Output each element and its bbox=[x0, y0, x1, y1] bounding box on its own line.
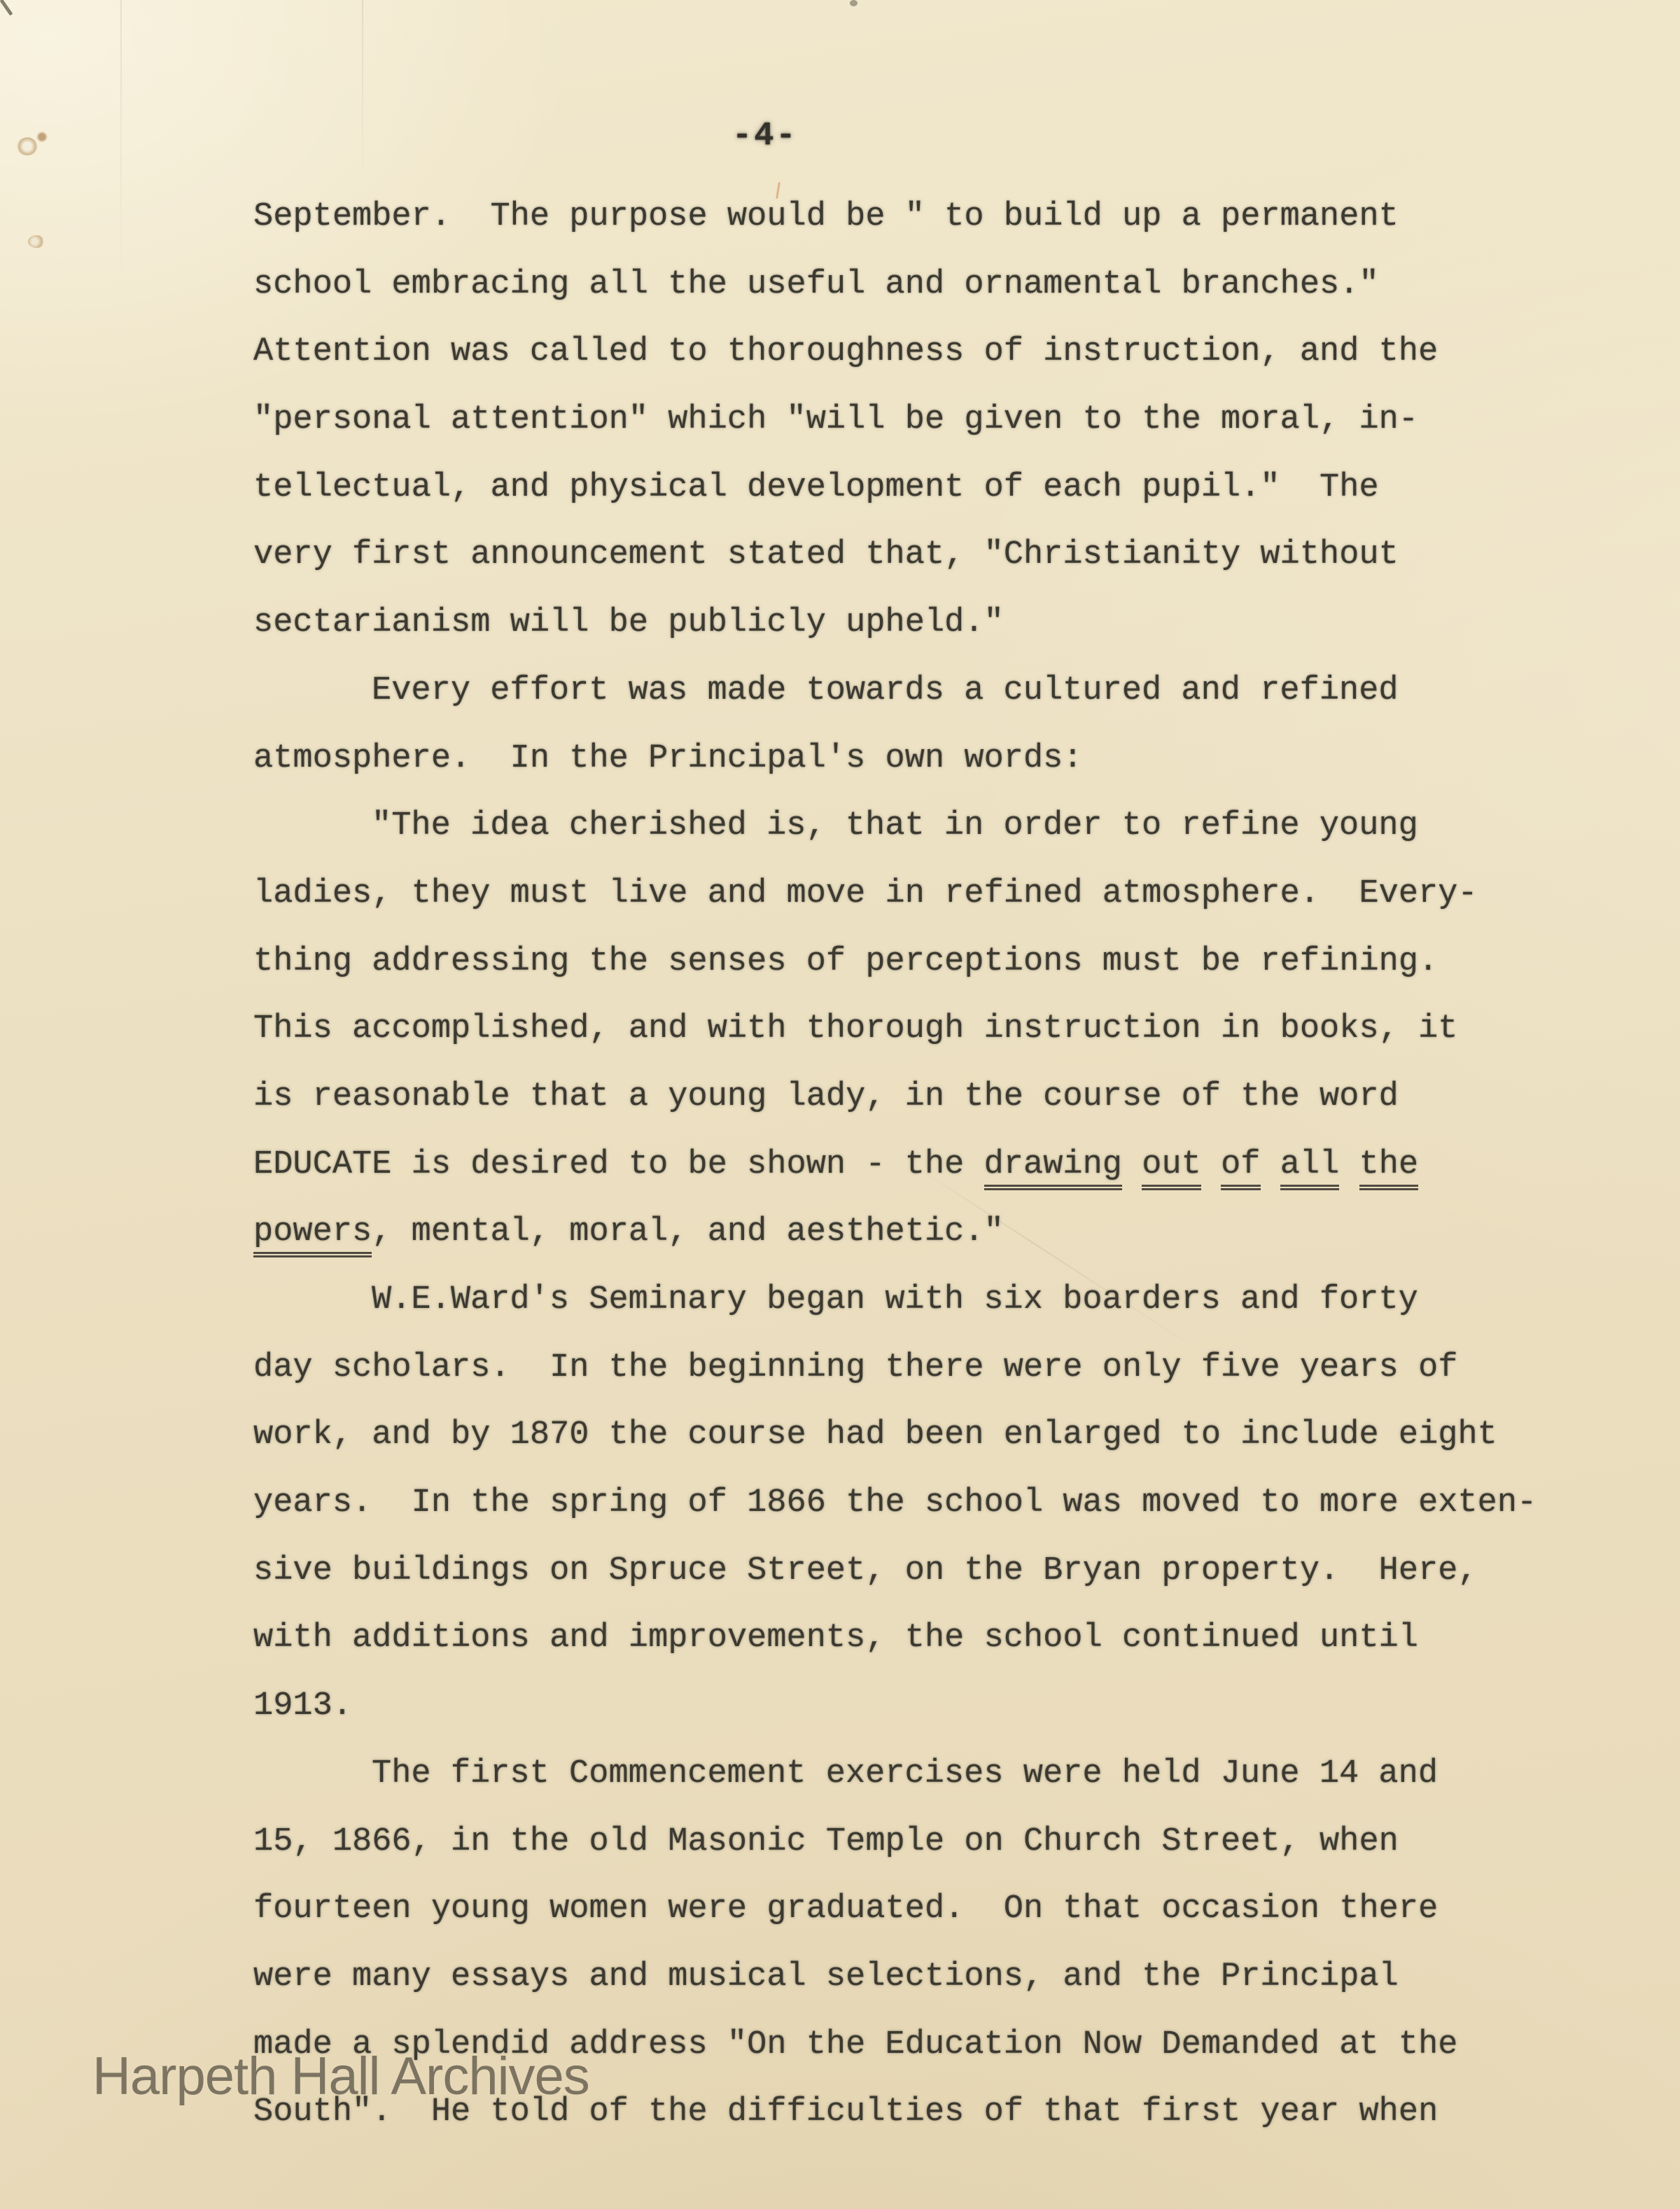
paper-crease bbox=[362, 0, 363, 189]
text-line: is reasonable that a young lady, in the … bbox=[253, 1064, 1536, 1131]
paper-stain bbox=[17, 137, 38, 155]
text-line: school embracing all the useful and orna… bbox=[253, 251, 1536, 319]
text-line: sive buildings on Spruce Street, on the … bbox=[253, 1538, 1536, 1605]
text-line: work, and by 1870 the course had been en… bbox=[253, 1402, 1536, 1470]
text-segment: work, and by 1870 the course had been en… bbox=[253, 1416, 1497, 1454]
underlined-text: out bbox=[1142, 1146, 1201, 1190]
text-segment: Attention was called to thoroughness of … bbox=[253, 333, 1438, 370]
underlined-text: powers bbox=[253, 1213, 372, 1257]
underlined-text: drawing bbox=[984, 1146, 1122, 1190]
text-segment bbox=[1339, 1146, 1359, 1183]
paper-stain bbox=[36, 132, 48, 142]
text-line: "personal attention" which "will be give… bbox=[253, 386, 1536, 454]
text-segment: sectarianism will be publicly upheld." bbox=[253, 604, 1004, 641]
text-segment: , mental, moral, and aesthetic." bbox=[372, 1213, 1004, 1250]
text-segment: sive buildings on Spruce Street, on the … bbox=[253, 1552, 1478, 1589]
typewritten-text: September. The purpose would be " to bui… bbox=[253, 183, 1536, 2147]
text-segment: "personal attention" which "will be give… bbox=[253, 401, 1418, 438]
text-line: atmosphere. In the Principal's own words… bbox=[253, 725, 1536, 793]
text-line: 15, 1866, in the old Masonic Temple on C… bbox=[253, 1809, 1536, 1876]
text-segment bbox=[1201, 1146, 1221, 1183]
text-segment: were many essays and musical selections,… bbox=[253, 1958, 1399, 1995]
text-segment: fourteen young women were graduated. On … bbox=[253, 1890, 1438, 1928]
text-line: very first announcement stated that, "Ch… bbox=[253, 522, 1536, 590]
text-segment bbox=[1122, 1146, 1142, 1183]
text-segment: 15, 1866, in the old Masonic Temple on C… bbox=[253, 1823, 1399, 1860]
text-segment: September. The purpose would be " to bui… bbox=[253, 198, 1399, 235]
underlined-text: of bbox=[1221, 1146, 1260, 1190]
text-line: Attention was called to thoroughness of … bbox=[253, 319, 1536, 386]
text-segment: very first announcement stated that, "Ch… bbox=[253, 536, 1399, 573]
corner-mark bbox=[0, 0, 13, 16]
text-segment: is reasonable that a young lady, in the … bbox=[253, 1078, 1399, 1115]
text-segment: school embracing all the useful and orna… bbox=[253, 266, 1379, 303]
document-page: -4- September. The purpose would be " to… bbox=[0, 0, 1680, 2209]
text-line: Every effort was made towards a cultured… bbox=[253, 657, 1536, 725]
text-segment: years. In the spring of 1866 the school … bbox=[253, 1484, 1536, 1521]
text-line: sectarianism will be publicly upheld." bbox=[253, 590, 1536, 657]
text-line: The first Commencement exercises were he… bbox=[253, 1741, 1536, 1809]
text-line: 1913. bbox=[253, 1673, 1536, 1741]
text-line: tellectual, and physical development of … bbox=[253, 454, 1536, 522]
text-line: fourteen young women were graduated. On … bbox=[253, 1876, 1536, 1944]
text-segment bbox=[1261, 1146, 1280, 1183]
text-line: were many essays and musical selections,… bbox=[253, 1944, 1536, 2012]
text-segment: atmosphere. In the Principal's own words… bbox=[253, 740, 1083, 777]
text-line: years. In the spring of 1866 the school … bbox=[253, 1470, 1536, 1538]
paper-crease bbox=[120, 0, 122, 294]
text-line: "The idea cherished is, that in order to… bbox=[253, 793, 1536, 860]
text-segment: ladies, they must live and move in refin… bbox=[253, 875, 1478, 912]
text-line: day scholars. In the beginning there wer… bbox=[253, 1335, 1536, 1402]
text-segment: with additions and improvements, the sch… bbox=[253, 1619, 1418, 1657]
text-segment: Every effort was made towards a cultured… bbox=[372, 672, 1399, 709]
text-segment: tellectual, and physical development of … bbox=[253, 469, 1379, 506]
text-segment: "The idea cherished is, that in order to… bbox=[372, 807, 1418, 844]
paper-stain bbox=[28, 235, 45, 248]
text-line: with additions and improvements, the sch… bbox=[253, 1605, 1536, 1673]
archive-watermark: Harpeth Hall Archives bbox=[92, 2046, 589, 2107]
text-line: This accomplished, and with thorough ins… bbox=[253, 996, 1536, 1064]
underlined-text: the bbox=[1359, 1146, 1419, 1190]
text-segment: 1913. bbox=[253, 1687, 352, 1724]
paper-stain bbox=[850, 0, 857, 6]
page-number: -4- bbox=[732, 118, 798, 155]
text-segment: thing addressing the senses of perceptio… bbox=[253, 943, 1438, 980]
text-segment: W.E.Ward's Seminary began with six board… bbox=[372, 1281, 1418, 1318]
text-line: September. The purpose would be " to bui… bbox=[253, 183, 1536, 251]
text-segment: This accomplished, and with thorough ins… bbox=[253, 1010, 1457, 1047]
text-line: thing addressing the senses of perceptio… bbox=[253, 928, 1536, 996]
text-line: ladies, they must live and move in refin… bbox=[253, 860, 1536, 928]
text-segment: EDUCATE is desired to be shown - the bbox=[253, 1146, 984, 1183]
text-line: EDUCATE is desired to be shown - the dra… bbox=[253, 1131, 1536, 1199]
text-segment: day scholars. In the beginning there wer… bbox=[253, 1349, 1457, 1386]
text-line: W.E.Ward's Seminary began with six board… bbox=[253, 1267, 1536, 1335]
text-line: powers, mental, moral, and aesthetic." bbox=[253, 1199, 1536, 1267]
text-segment: The first Commencement exercises were he… bbox=[372, 1755, 1438, 1792]
underlined-text: all bbox=[1280, 1146, 1340, 1190]
